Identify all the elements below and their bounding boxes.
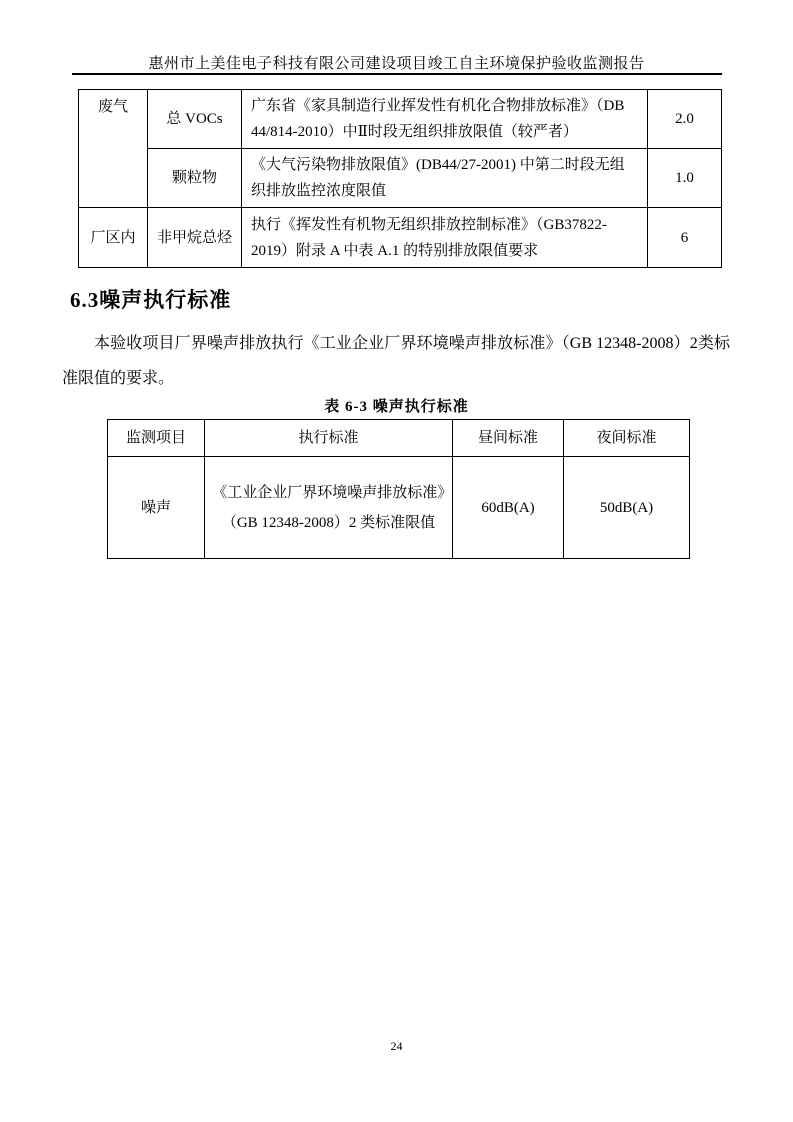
- section-heading: 6.3噪声执行标准: [70, 284, 231, 314]
- document-page: 惠州市上美佳电子科技有限公司建设项目竣工自主环境保护验收监测报告 废气 总 VO…: [0, 0, 793, 1122]
- limit-value-cell: 1.0: [648, 149, 722, 208]
- page-number: 24: [0, 1039, 793, 1054]
- table-header-row: 监测项目 执行标准 昼间标准 夜间标准: [108, 420, 690, 457]
- item-cell: 总 VOCs: [148, 90, 242, 149]
- body-paragraph: 本验收项目厂界噪声排放执行《工业企业厂界环境噪声排放标准》（GB 12348-2…: [62, 326, 730, 396]
- item-cell: 颗粒物: [148, 149, 242, 208]
- day-standard-cell: 60dB(A): [453, 457, 564, 559]
- category-cell-waste-gas: 废气: [79, 90, 148, 208]
- noise-standards-table: 监测项目 执行标准 昼间标准 夜间标准 噪声 《工业企业厂界环境噪声排放标准》（…: [107, 419, 690, 559]
- category-cell-plant-area: 厂区内: [79, 208, 148, 268]
- night-standard-cell: 50dB(A): [564, 457, 690, 559]
- table-row: 颗粒物 《大气污染物排放限值》(DB44/27-2001) 中第二时段无组织排放…: [79, 149, 722, 208]
- standard-cell: 执行《挥发性有机物无组织排放控制标准》（GB37822-2019）附录 A 中表…: [242, 208, 648, 268]
- table-row: 废气 总 VOCs 广东省《家具制造行业挥发性有机化合物排放标准》（DB 44/…: [79, 90, 722, 149]
- table-row: 厂区内 非甲烷总烃 执行《挥发性有机物无组织排放控制标准》（GB37822-20…: [79, 208, 722, 268]
- standard-cell: 《大气污染物排放限值》(DB44/27-2001) 中第二时段无组织排放监控浓度…: [242, 149, 648, 208]
- column-header-day: 昼间标准: [453, 420, 564, 457]
- column-header-night: 夜间标准: [564, 420, 690, 457]
- standard-cell: 广东省《家具制造行业挥发性有机化合物排放标准》（DB 44/814-2010）中…: [242, 90, 648, 149]
- page-header-title: 惠州市上美佳电子科技有限公司建设项目竣工自主环境保护验收监测报告: [0, 52, 793, 73]
- standard-cell: 《工业企业厂界环境噪声排放标准》（GB 12348-2008）2 类标准限值: [205, 457, 453, 559]
- table-row: 噪声 《工业企业厂界环境噪声排放标准》（GB 12348-2008）2 类标准限…: [108, 457, 690, 559]
- limit-value-cell: 2.0: [648, 90, 722, 149]
- header-rule: [72, 73, 722, 75]
- item-cell-noise: 噪声: [108, 457, 205, 559]
- column-header-item: 监测项目: [108, 420, 205, 457]
- limit-value-cell: 6: [648, 208, 722, 268]
- column-header-standard: 执行标准: [205, 420, 453, 457]
- table-caption: 表 6-3 噪声执行标准: [0, 395, 793, 416]
- emission-standards-table: 废气 总 VOCs 广东省《家具制造行业挥发性有机化合物排放标准》（DB 44/…: [78, 89, 722, 268]
- item-cell: 非甲烷总烃: [148, 208, 242, 268]
